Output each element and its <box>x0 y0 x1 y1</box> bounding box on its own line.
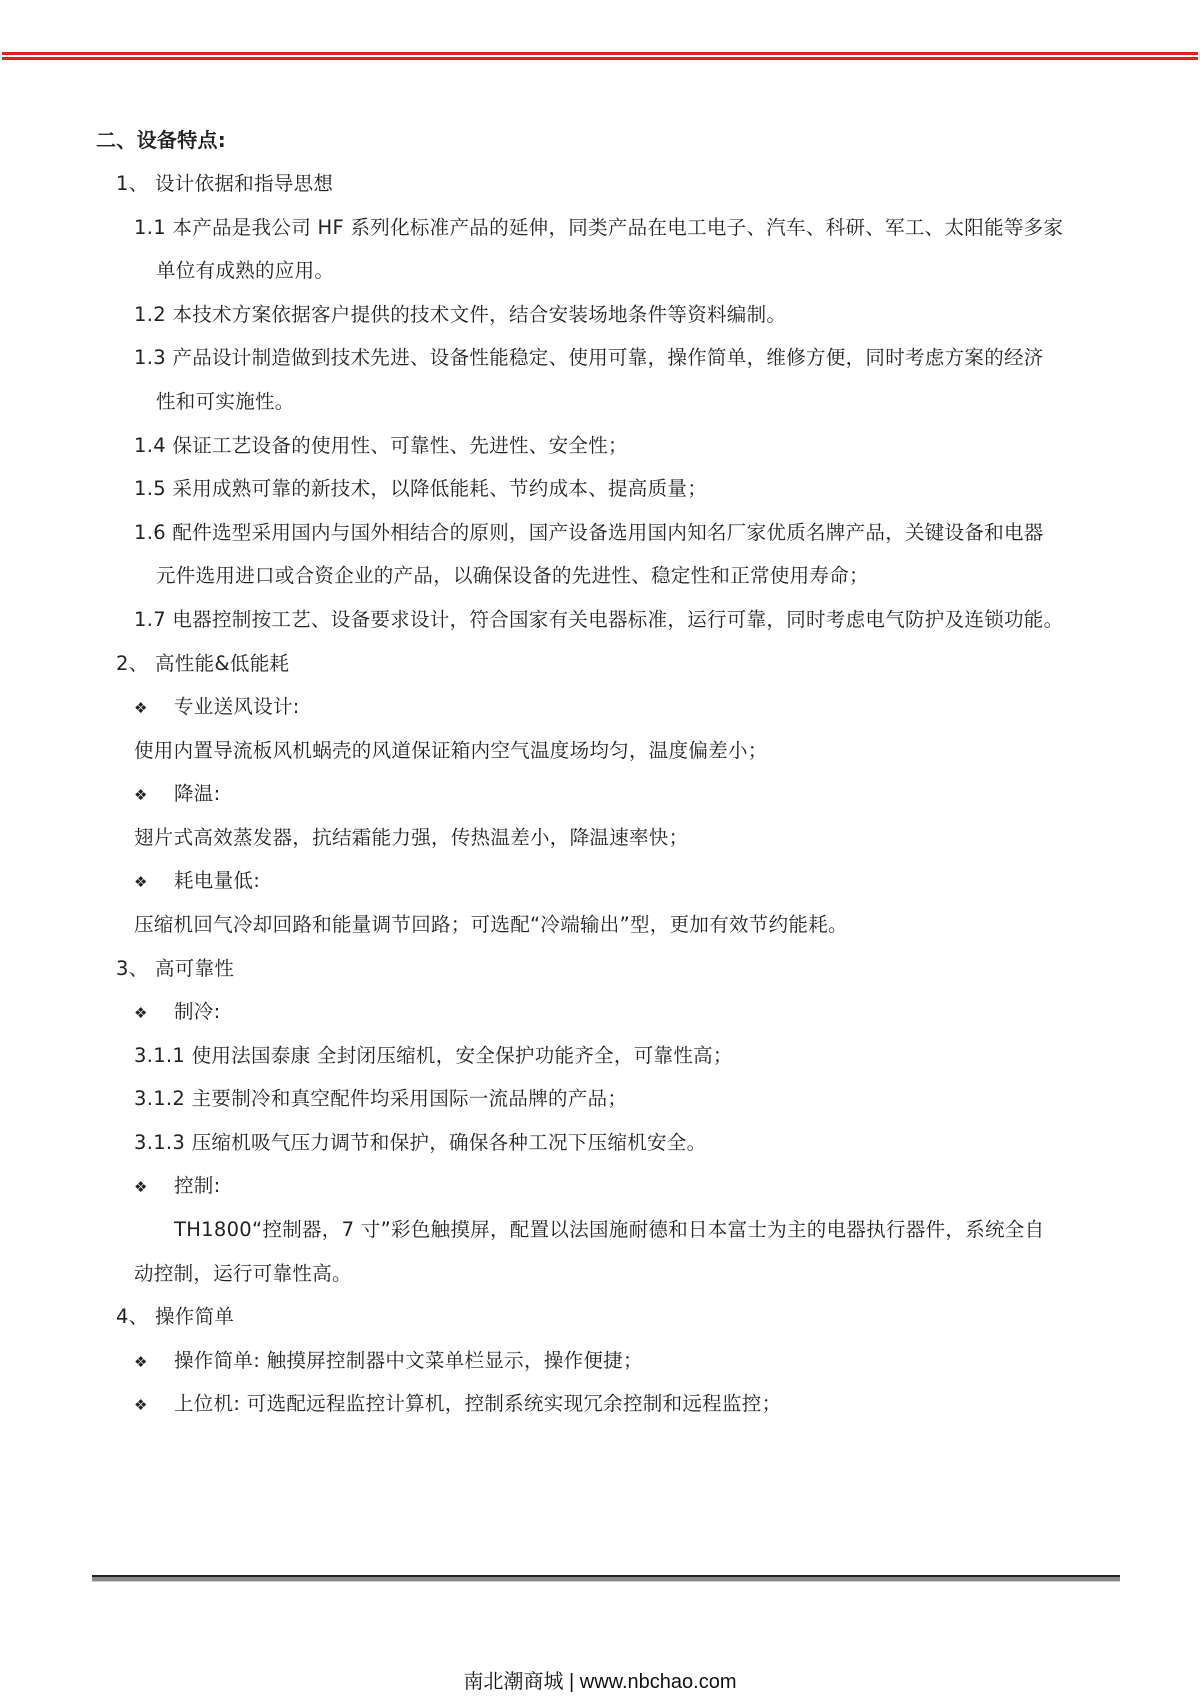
item-1-6: 1.6 配件选型采用国内与国外相结合的原则，国产设备选用国内知名厂家优质名牌产品… <box>134 520 1044 546</box>
item-3-1-2: 3.1.2 主要制冷和真空配件均采用国际一流品牌的产品； <box>134 1086 627 1112</box>
bullet-cooling: ❖降温: <box>134 781 220 808</box>
diamond-bullet-icon: ❖ <box>134 695 174 721</box>
bullet-low-power: ❖耗电量低: <box>134 868 260 895</box>
item-1-5: 1.5 采用成熟可靠的新技术，以降低能耗、节约成本、提高质量； <box>134 476 707 502</box>
item-1-1-cont: 单位有成熟的应用。 <box>156 258 334 284</box>
bullet-label: 制冷: <box>174 1000 220 1023</box>
bullet-air-supply: ❖专业送风设计: <box>134 694 300 721</box>
header-rule-top <box>2 52 1198 55</box>
diamond-bullet-icon: ❖ <box>134 1174 174 1200</box>
item-1-4: 1.4 保证工艺设备的使用性、可靠性、先进性、安全性； <box>134 433 628 459</box>
footer-rule <box>92 1575 1120 1583</box>
diamond-bullet-icon: ❖ <box>134 1349 174 1375</box>
subsection-1-title: 1、 设计依据和指导思想 <box>116 171 333 197</box>
header-rule <box>2 52 1198 61</box>
bullet-refrigeration: ❖制冷: <box>134 999 220 1026</box>
bullet-label: 操作简单: 触摸屏控制器中文菜单栏显示，操作便捷； <box>174 1349 643 1372</box>
text-cooling: 翅片式高效蒸发器，抗结霜能力强，传热温差小，降温速率快； <box>134 825 688 851</box>
item-1-1: 1.1 本产品是我公司 HF 系列化标准产品的延伸，同类产品在电工电子、汽车、科… <box>134 215 1063 241</box>
item-1-3-cont: 性和可实施性。 <box>156 389 295 415</box>
bullet-label: 耗电量低: <box>174 869 260 892</box>
bullet-label: 控制: <box>174 1174 220 1197</box>
diamond-bullet-icon: ❖ <box>134 1000 174 1026</box>
text-air-supply: 使用内置导流板风机蜗壳的风道保证箱内空气温度场均匀，温度偏差小； <box>134 738 768 764</box>
item-3-1-3: 3.1.3 压缩机吸气压力调节和保护，确保各种工况下压缩机安全。 <box>134 1130 706 1156</box>
item-1-7: 1.7 电器控制按工艺、设备要求设计，符合国家有关电器标准，运行可靠，同时考虑电… <box>134 607 1063 633</box>
item-3-1-1: 3.1.1 使用法国泰康 全封闭压缩机，安全保护功能齐全，可靠性高； <box>134 1043 733 1069</box>
subsection-2-title: 2、 高性能&低能耗 <box>116 651 289 677</box>
item-1-2: 1.2 本技术方案依据客户提供的技术文件，结合安装场地条件等资料编制。 <box>134 302 786 328</box>
bullet-host-computer: ❖上位机: 可选配远程监控计算机，控制系统实现冗余控制和远程监控； <box>134 1391 781 1418</box>
text-control: TH1800“控制器，7 寸”彩色触摸屏，配置以法国施耐德和日本富士为主的电器执… <box>174 1217 1044 1243</box>
text-control-cont: 动控制，运行可靠性高。 <box>134 1261 352 1287</box>
text-low-power: 压缩机回气冷却回路和能量调节回路；可选配“冷端输出”型，更加有效节约能耗。 <box>134 912 848 938</box>
diamond-bullet-icon: ❖ <box>134 782 174 808</box>
bullet-label: 降温: <box>174 782 220 805</box>
header-rule-bottom <box>2 57 1198 60</box>
bullet-label: 上位机: 可选配远程监控计算机，控制系统实现冗余控制和远程监控； <box>174 1392 781 1415</box>
subsection-3-title: 3、 高可靠性 <box>116 956 234 982</box>
footer-watermark: 南北潮商城 | www.nbchao.com <box>0 1665 1200 1694</box>
item-1-3: 1.3 产品设计制造做到技术先进、设备性能稳定、使用可靠，操作简单，维修方便，同… <box>134 345 1044 371</box>
subsection-4-title: 4、 操作简单 <box>116 1304 234 1330</box>
item-1-6-cont: 元件选用进口或合资企业的产品，以确保设备的先进性、稳定性和正常使用寿命； <box>156 563 869 589</box>
diamond-bullet-icon: ❖ <box>134 869 174 895</box>
footer-rule-light <box>92 1581 1120 1582</box>
section-title: 二、设备特点: <box>96 127 226 153</box>
bullet-label: 专业送风设计: <box>174 695 300 718</box>
diamond-bullet-icon: ❖ <box>134 1392 174 1418</box>
bullet-control: ❖控制: <box>134 1173 220 1200</box>
bullet-easy-operation: ❖操作简单: 触摸屏控制器中文菜单栏显示，操作便捷； <box>134 1348 643 1375</box>
